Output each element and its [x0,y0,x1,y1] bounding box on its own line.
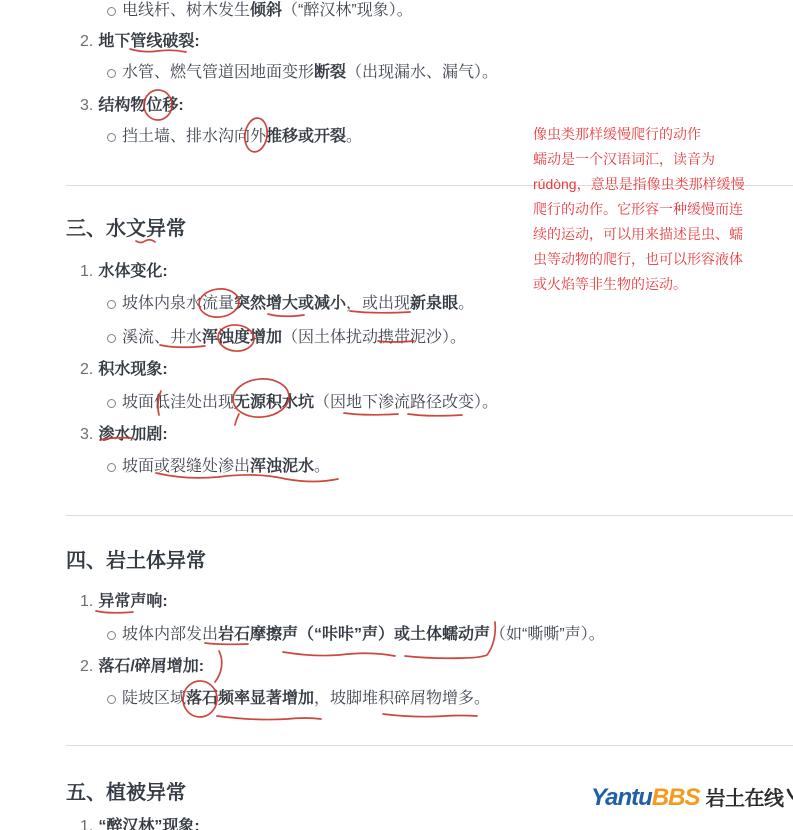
line-text: 。 [346,128,362,145]
line-text: 电线杆、树木发生 [122,2,250,19]
line-text-bold: 落石/碎屑增加: [98,658,204,675]
line-text-bold: 新泉眼 [410,295,458,312]
line-text-bold: 推移或开裂 [266,128,346,145]
doc-line: 2.落石/碎屑增加: [80,658,204,676]
line-text: 坡面低洼处出现 [122,394,234,411]
pen-underline [217,716,321,720]
line-text: （出现漏水、漏气）。 [346,64,498,81]
circle-bullet-icon [107,399,116,408]
doc-line: 陡坡区域落石频率显著增加，坡脚堆积碎屑物增多。 [122,690,490,708]
annotation-note-line: 爬行的动作。它形容一种缓慢而连 [533,197,745,222]
doc-line-partial: 1.“醉汉林”现象: [80,818,200,830]
doc-line: 1.水体变化: [80,263,168,281]
annotation-note: 像虫类那样缓慢爬行的动作 蠕动是一个汉语词汇，读音为 rúdòng，意思是指像虫… [533,122,745,297]
line-text-bold: 地下管线破裂: [98,33,199,50]
pen-tail [235,414,239,425]
logo-text-bbs: BBS [652,784,700,812]
annotation-note-line: 续的运动，可以用来描述昆虫、蠕 [533,222,745,247]
list-number: 1. [80,593,93,610]
line-text: 坡面或裂缝处渗出 [122,458,250,475]
logo-text-cn: 岩土在线 [705,782,783,811]
line-text: ，或出现 [346,295,410,312]
annotation-note-line: 像虫类那样缓慢爬行的动作 [533,122,745,147]
document-page: { "colors": { "text": "#3f4550", "bold_t… [0,0,793,830]
doc-line: 挡土墙、排水沟向外推移或开裂。 [122,128,362,146]
list-number: 3. [80,426,93,443]
list-number: 2. [80,658,93,675]
circle-bullet-icon [107,133,116,142]
doc-line: 2.地下管线破裂: [80,33,200,51]
line-text-bold: 异常声响: [98,593,167,610]
pen-underline [96,611,133,613]
line-text-bold: 岩石摩擦声（“咔咔”声）或土体蠕动声 [218,626,490,643]
circle-bullet-icon [107,463,116,472]
doc-line: 溪流、井水浑浊度增加（因土体扰动携带泥沙）。 [122,329,466,347]
doc-line: 3.渗水加剧: [80,426,168,444]
pen-underline [136,240,155,243]
section-divider [66,515,793,516]
section-heading: 四、岩土体异常 [66,550,206,572]
annotation-note-line: rúdòng，意思是指像虫类那样缓慢 [533,172,745,197]
circle-bullet-icon [107,7,116,16]
list-number: 2. [80,33,93,50]
list-number: 3. [80,97,93,114]
pen-underline [283,652,395,656]
line-text-bold: 水体变化: [98,263,167,280]
doc-line: 2.积水现象: [80,361,168,379]
annotation-note-line: 或火焰等非生物的运动。 [533,272,745,297]
line-text: （如“嘶嘶”声）。 [490,626,605,643]
list-number: 1. [80,263,93,280]
line-text: （因地下渗流路径改变）。 [314,394,498,411]
doc-line: 电线杆、树木发生倾斜（“醉汉林”现象）。 [122,2,413,20]
line-text-bold: 倾斜 [250,2,282,19]
line-text: 水管、燃气管道因地面变形 [122,64,314,81]
line-text: 。 [458,295,474,312]
pen-underline [344,413,398,415]
line-text-bold: 浑浊泥水 [250,458,314,475]
line-text-bold: 突然增大或减小 [234,295,346,312]
doc-line: 坡面低洼处出现无源积水坑（因地下渗流路径改变）。 [122,394,498,412]
section-divider [66,745,793,746]
logo-text-yantu: Yantu [591,784,652,812]
circle-bullet-icon [107,631,116,640]
yantubbs-logo: YantuBBS 岩土在线 [591,782,793,812]
annotation-note-line: 虫等动物的爬行，也可以形容液体 [533,247,745,272]
line-text: （因土体扰动携带泥沙）。 [282,329,466,346]
line-text-bold: 断裂 [314,64,346,81]
doc-line: 坡体内部发出岩石摩擦声（“咔咔”声）或土体蠕动声（如“嘶嘶”声）。 [122,626,605,644]
line-text: 坡体内泉水流量 [122,295,234,312]
pen-underline [383,714,477,717]
doc-line: 水管、燃气管道因地面变形断裂（出现漏水、漏气）。 [122,64,498,82]
logo-swoosh-icon [785,787,793,809]
circle-bullet-icon [107,695,116,704]
list-number: 2. [80,361,93,378]
circle-bullet-icon [107,334,116,343]
line-text-bold: 积水现象: [98,361,167,378]
doc-line: 坡体内泉水流量突然增大或减小，或出现新泉眼。 [122,295,474,313]
circle-bullet-icon [107,69,116,78]
section-heading: 三、水文异常 [66,218,186,240]
annotation-note-line: 蠕动是一个汉语词汇，读音为 [533,147,745,172]
pen-stroke [215,651,222,682]
doc-line: 1.异常声响: [80,593,168,611]
pen-underline [408,414,462,416]
line-text: 挡土墙、排水沟向外 [122,128,266,145]
circle-bullet-icon [107,300,116,309]
line-text-bold: 落石频率显著增加 [186,690,314,707]
line-text-bold: 结构物位移: [98,97,183,114]
doc-line: 坡面或裂缝处渗出浑浊泥水。 [122,458,330,476]
doc-line: 3.结构物位移: [80,97,184,115]
pen-underline [268,314,304,316]
section-heading: 五、植被异常 [66,782,186,804]
line-text-bold: 渗水加剧: [98,426,167,443]
line-text-bold: 浑浊度增加 [202,329,282,346]
line-text: 溪流、井水 [122,329,202,346]
list-number: 1. [80,818,93,830]
line-text: （“醉汉林”现象）。 [282,2,413,19]
line-text-bold: “醉汉林”现象: [98,818,199,830]
line-text: 坡体内部发出 [122,626,218,643]
line-text: 陡坡区域 [122,690,186,707]
line-text-bold: 无源积水坑 [234,394,314,411]
line-text: 。 [314,458,330,475]
line-text: ，坡脚堆积碎屑物增多。 [314,690,490,707]
